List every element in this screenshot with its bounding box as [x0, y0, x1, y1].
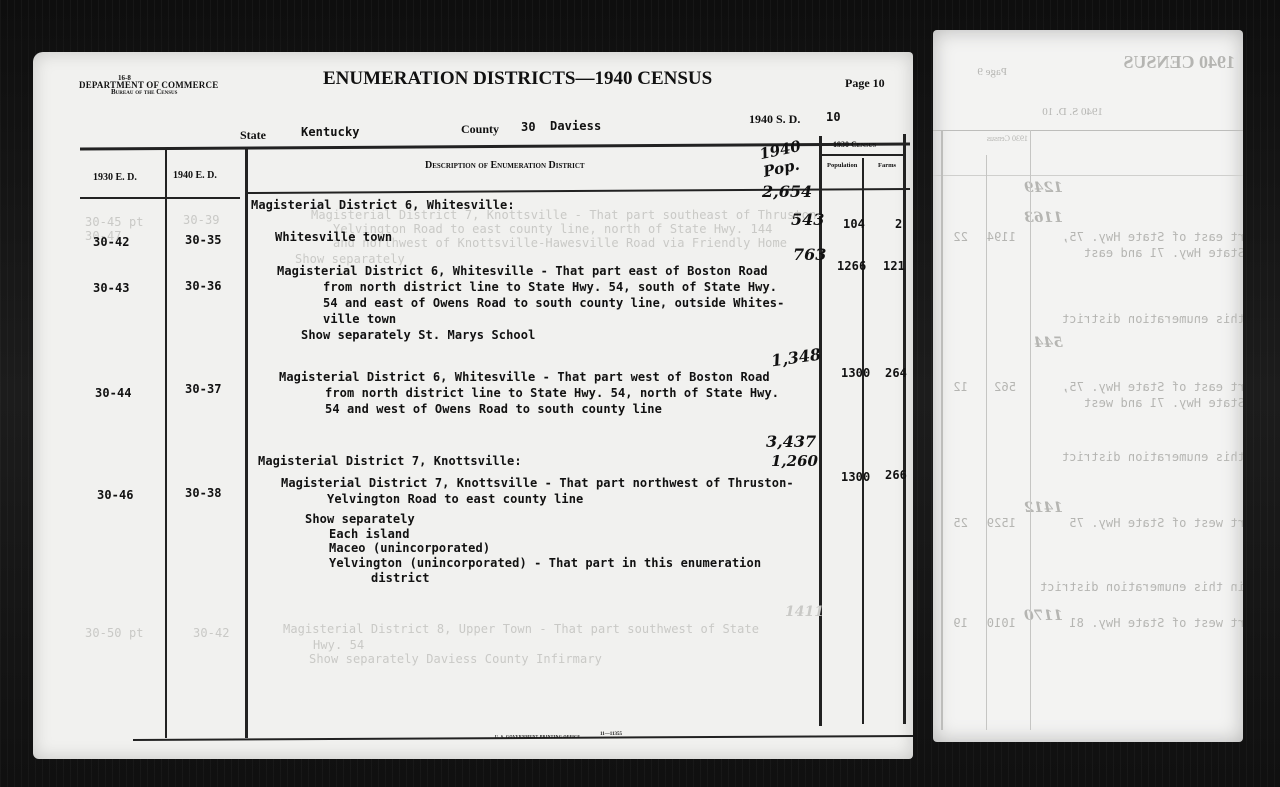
row-5-line-6: district — [371, 571, 430, 585]
adjacent-rule-header — [933, 175, 1243, 176]
ghost-ed-1930-c: 30-50 pt — [85, 626, 144, 640]
adjacent-farms-2: 12 — [953, 380, 968, 394]
state-label: State — [240, 128, 266, 143]
adjacent-text-6: this enumeration district — [1062, 450, 1243, 464]
row-3-farms-1930: 264 — [885, 366, 907, 380]
row-1-pop-1930: 104 — [843, 217, 865, 231]
adjacent-col-1 — [1030, 130, 1031, 730]
header-bottom-rule-left — [80, 197, 240, 199]
row-5-pop-1930: 1300 — [841, 470, 870, 484]
adjacent-farms-4: 19 — [953, 616, 968, 630]
adjacent-text-3: this enumeration district — [1062, 312, 1243, 326]
adjacent-value-3: 544 — [1034, 335, 1063, 351]
county-label: County — [461, 122, 499, 137]
col-header-description: Description of Enumeration District — [425, 160, 585, 171]
pop-1940-md6-total: 2,654 — [762, 182, 812, 201]
col-header-1940-pop: 1940 Pop. — [758, 135, 814, 181]
adjacent-text-5: State Hwy. 71 and west — [1084, 396, 1243, 410]
adjacent-text-8: in this enumeration district — [1040, 580, 1243, 594]
row-1-pop-1940: 543 — [791, 210, 824, 229]
ghost-line-2: Yelvington Road to east county line, nor… — [333, 222, 772, 236]
page-number-group: Page 10 — [845, 76, 885, 91]
row-1-ed-1940: 30-35 — [185, 233, 222, 247]
ghost-line-5: Magisterial District 8, Upper Town - Tha… — [283, 622, 759, 636]
ghost-ed-1930-a: 30-45 pt — [85, 215, 144, 229]
row-3-ed-1940: 30-37 — [185, 382, 222, 396]
row-2-ed-1940: 30-36 — [185, 279, 222, 293]
adjacent-pop-2: 562 — [994, 380, 1016, 394]
row-1-farms-1930: 2 — [895, 217, 902, 231]
form-code: 11—11355 — [600, 732, 622, 737]
row-2-line-4: Show separately St. Marys School — [301, 328, 535, 342]
col-header-population: Population — [827, 162, 857, 169]
row-5-ed-1930: 30-46 — [97, 488, 134, 502]
county-code: 30 — [521, 120, 536, 134]
row-5-line-3: Each island — [329, 527, 410, 541]
census-page: 16-8 DEPARTMENT OF COMMERCE Bureau of th… — [33, 52, 913, 759]
adjacent-sd: 1940 S. D. 10 — [1042, 106, 1103, 118]
row-2-pop-1940: 763 — [793, 245, 826, 264]
adjacent-text-9: rt west of State Hwy. 81 — [1069, 616, 1243, 630]
col-header-1940-ed: 1940 E. D. — [173, 170, 217, 181]
col-divider-5 — [903, 134, 906, 724]
adjacent-text-2: State Hwy. 71 and east — [1084, 246, 1243, 260]
row-2-line-1: from north district line to State Hwy. 5… — [323, 280, 777, 294]
col-header-farms: Farms — [878, 162, 896, 169]
district-heading-md7: Magisterial District 7, Knottsville: — [258, 454, 522, 468]
ghost-ed-1940-c: 30-42 — [193, 626, 230, 640]
row-5-pop-1940: 1,260 — [771, 452, 818, 470]
county-name: Daviess — [550, 119, 601, 133]
sd-label: 1940 S. D. — [749, 112, 800, 127]
district-heading-md6: Magisterial District 6, Whitesville: — [251, 198, 515, 212]
sd-value: 10 — [826, 110, 841, 124]
adjacent-census-1930: 1930 Census — [987, 134, 1028, 143]
ghost-ed-1940-a: 30-39 — [183, 213, 220, 227]
row-3-pop-1930: 1300 — [841, 366, 870, 380]
row-3-line-0: Magisterial District 6, Whitesville - Th… — [279, 370, 770, 384]
row-3-line-1: from north district line to State Hwy. 5… — [325, 386, 779, 400]
adjacent-text-1: rt east of State Hwy. 75, — [1062, 230, 1243, 244]
row-5-farms-1930: 266 — [885, 468, 907, 482]
row-1-ed-1930: 30-42 — [93, 235, 130, 249]
row-2-line-0: Magisterial District 6, Whitesville - Th… — [277, 264, 768, 278]
bureau-label: Bureau of the Census — [111, 88, 177, 96]
adjacent-pop-1: 1194 — [987, 230, 1016, 244]
row-5-ed-1940: 30-38 — [185, 486, 222, 500]
page-number: 10 — [873, 76, 885, 90]
adjacent-col-2 — [986, 155, 987, 730]
col-header-1930-census: 1930 Census — [833, 140, 876, 149]
ghost-line-3: and northwest of Knottsville-Hawesville … — [333, 236, 787, 250]
page-title: ENUMERATION DISTRICTS—1940 CENSUS — [323, 68, 712, 90]
adjacent-title: 1940 CENSUS — [1123, 52, 1235, 73]
row-5-line-4: Maceo (unincorporated) — [329, 541, 490, 555]
census-subheader-rule — [822, 154, 904, 156]
row-3-line-2: 54 and west of Owens Road to south count… — [325, 402, 662, 416]
row-3-ed-1930: 30-44 — [95, 386, 132, 400]
adjacent-page: 1940 CENSUS Page 9 1940 S. D. 10 1930 Ce… — [933, 30, 1243, 742]
adjacent-page-number: Page 9 — [977, 66, 1007, 78]
row-2-ed-1930: 30-43 — [93, 281, 130, 295]
row-2-line-3: ville town — [323, 312, 396, 326]
col-divider-2 — [245, 148, 248, 738]
adjacent-pop-3: 1529 — [987, 516, 1016, 530]
pop-1940-md7-total: 3,437 — [766, 432, 816, 451]
row-1-line-0: Whitesville town — [275, 230, 392, 244]
adjacent-rule-top — [933, 130, 1243, 131]
row-5-line-5: Yelvington (unincorporated) - That part … — [329, 556, 761, 570]
page-label: Page — [845, 76, 870, 90]
ghost-line-6: Hwy. 54 — [313, 638, 364, 652]
row-3-pop-1940: 1,348 — [770, 345, 822, 371]
col-header-1930-ed: 1930 E. D. — [93, 172, 137, 183]
ghost-line-7: Show separately Daviess County Infirmary — [309, 652, 602, 666]
col-divider-1 — [165, 148, 167, 738]
adjacent-page-mirrored-content: 1940 CENSUS Page 9 1940 S. D. 10 1930 Ce… — [933, 30, 1243, 742]
adjacent-pop-4: 1010 — [987, 616, 1016, 630]
row-5-line-1: Yelvington Road to east county line — [327, 492, 583, 506]
row-5-line-2: Show separately — [305, 512, 415, 526]
adjacent-text-4: rt east of State Hwy. 75, — [1062, 380, 1243, 394]
adjacent-col-3 — [941, 130, 943, 730]
ghost-pop-c: 1411 — [785, 604, 824, 620]
col-divider-4 — [862, 158, 864, 724]
row-5-line-0: Magisterial District 7, Knottsville - Th… — [281, 476, 794, 490]
adjacent-farms-3: 25 — [953, 516, 968, 530]
adjacent-farms-1: 22 — [953, 230, 968, 244]
row-2-pop-1930: 1266 — [837, 259, 866, 273]
printer-imprint: U. S. GOVERNMENT PRINTING OFFICE — [495, 734, 580, 739]
adjacent-text-7: rt west of State Hwy. 75 — [1069, 516, 1243, 530]
row-2-line-2: 54 and east of Owens Road to south count… — [323, 296, 784, 310]
state-value: Kentucky — [301, 125, 360, 139]
row-2-farms-1930: 121 — [883, 259, 905, 273]
